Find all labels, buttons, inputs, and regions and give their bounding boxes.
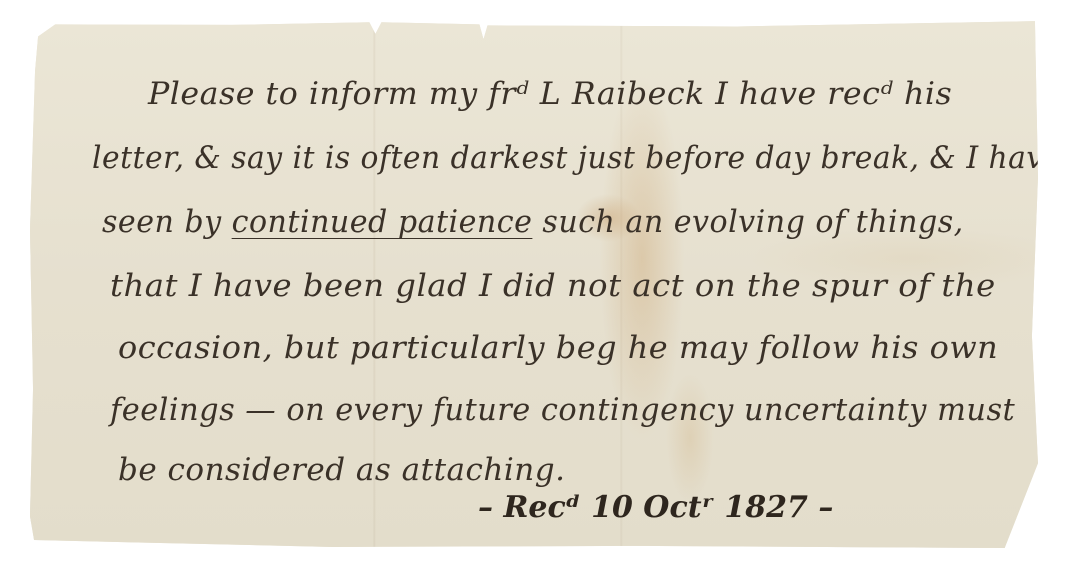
letter-line-3-pre: seen by — [102, 204, 232, 240]
letter-line-7: be considered as attaching. — [118, 452, 565, 488]
underlined-phrase: continued patience — [232, 204, 533, 240]
received-date-annotation: – Recᵈ 10 Octʳ 1827 – — [478, 490, 833, 525]
page-canvas: Please to inform my frᵈ L Raibeck I have… — [0, 0, 1066, 576]
letter-line-3: seen by continued patience such an evolv… — [102, 204, 964, 240]
letter-line-2: letter, & say it is often darkest just b… — [92, 140, 1062, 176]
letter-paper: Please to inform my frᵈ L Raibeck I have… — [30, 18, 1040, 548]
letter-line-5: occasion, but particularly beg he may fo… — [118, 330, 998, 366]
letter-line-6: feelings — on every future contingency u… — [110, 392, 1015, 428]
letter-line-3-post: such an evolving of things, — [532, 204, 963, 240]
letter-line-4: that I have been glad I did not act on t… — [110, 268, 996, 304]
letter-line-1: Please to inform my frᵈ L Raibeck I have… — [148, 76, 952, 112]
